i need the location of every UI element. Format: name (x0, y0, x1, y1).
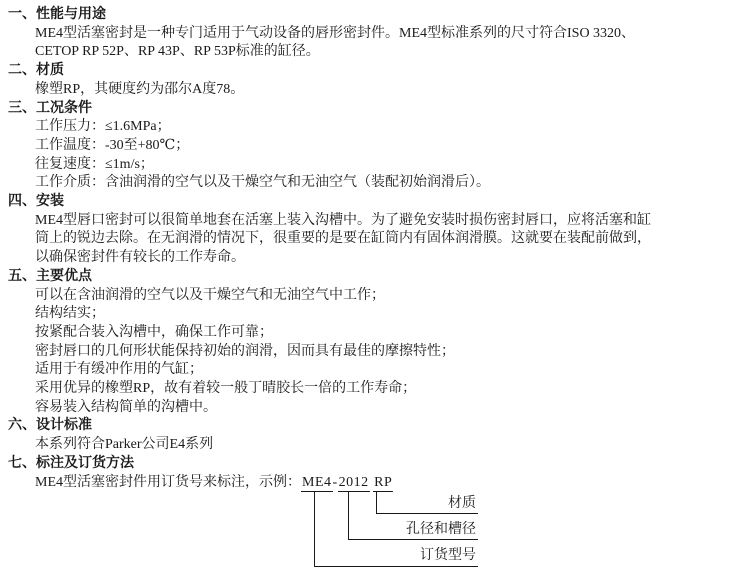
body-line: 可以在含油润滑的空气以及干燥空气和无油空气中工作； (35, 287, 730, 306)
body-line: CETOP RP 52P、RP 43P、RP 53P标准的缸径。 (35, 43, 730, 62)
section-title: 设计标准 (36, 418, 92, 433)
body-line: 采用优异的橡塑RP，故有着较一般丁晴胶长一倍的工作寿命； (35, 380, 730, 399)
section-number: 四、 (8, 194, 36, 209)
order-code-size: 2012 (338, 475, 370, 492)
section-heading-advantages: 五、主要优点 (8, 268, 730, 287)
section-heading-material: 二、材质 (8, 62, 730, 81)
section-heading-design-standard: 六、设计标准 (8, 417, 730, 436)
order-code-material: RP (373, 475, 393, 492)
section-number: 七、 (8, 456, 36, 471)
section-heading-ordering: 七、标注及订货方法 (8, 455, 730, 474)
section-number: 一、 (8, 7, 36, 22)
ordering-intro: ME4型活塞密封件用订货号来标注，示例： (35, 475, 301, 490)
diagram-underline-bore (348, 539, 478, 540)
body-line: 容易装入结构简单的沟槽中。 (35, 399, 730, 418)
section-heading-working-conditions: 三、工况条件 (8, 100, 730, 119)
section-title: 安装 (36, 194, 64, 209)
diagram-underline-material (376, 513, 478, 514)
body-line: 筒上的锐边去除。在无润滑的情况下，很重要的是要在缸筒内有固体润滑膜。这就要在装配… (35, 230, 730, 249)
section-heading-installation: 四、安装 (8, 193, 730, 212)
section-number: 六、 (8, 418, 36, 433)
document-page: 一、性能与用途 ME4型活塞密封是一种专门适用于气动设备的唇形密封件。ME4型标… (0, 0, 730, 577)
body-line: 工作介质：含油润滑的空气以及干燥空气和无油空气（装配初始润滑后）。 (35, 174, 730, 193)
diagram-label-bore-groove: 孔径和槽径 (348, 522, 476, 538)
section-title: 标注及订货方法 (36, 456, 134, 471)
ordering-example-line: ME4型活塞密封件用订货号来标注，示例：ME4-2012 RP (35, 474, 730, 493)
body-line: ME4型活塞密封是一种专门适用于气动设备的唇形密封件。ME4型标准系列的尺寸符合… (35, 25, 730, 44)
section-title: 材质 (36, 63, 64, 78)
body-line: 橡塑RP，其硬度约为邵尔A度78。 (35, 81, 730, 100)
body-line: 工作压力：≤1.6MPa； (35, 118, 730, 137)
section-title: 工况条件 (36, 101, 92, 116)
section-number: 三、 (8, 101, 36, 116)
section-heading-performance: 一、性能与用途 (8, 6, 730, 25)
diagram-label-order-model: 订货型号 (314, 548, 476, 564)
body-line: 往复速度：≤1m/s； (35, 156, 730, 175)
body-line: 工作温度：-30至+80℃； (35, 137, 730, 156)
section-number: 二、 (8, 63, 36, 78)
diagram-label-material: 材质 (376, 496, 476, 512)
body-line: 结构结实； (35, 305, 730, 324)
body-line: 以确保密封件有较长的工作寿命。 (35, 249, 730, 268)
body-line: 密封唇口的几何形状能保持初始的润滑，因而具有最佳的摩擦特性； (35, 343, 730, 362)
order-code-dash: - (333, 475, 338, 490)
order-code-series: ME4 (301, 475, 333, 492)
body-line: ME4型唇口密封可以很简单地套在活塞上装入沟槽中。为了避免安装时损伤密封唇口，应… (35, 212, 730, 231)
section-number: 五、 (8, 269, 36, 284)
section-title: 主要优点 (36, 269, 92, 284)
body-line: 适用于有缓冲作用的气缸； (35, 361, 730, 380)
body-line: 本系列符合Parker公司E4系列 (35, 436, 730, 455)
section-title: 性能与用途 (36, 7, 106, 22)
body-line: 按紧配合装入沟槽中，确保工作可靠； (35, 324, 730, 343)
diagram-underline-model (314, 566, 478, 567)
